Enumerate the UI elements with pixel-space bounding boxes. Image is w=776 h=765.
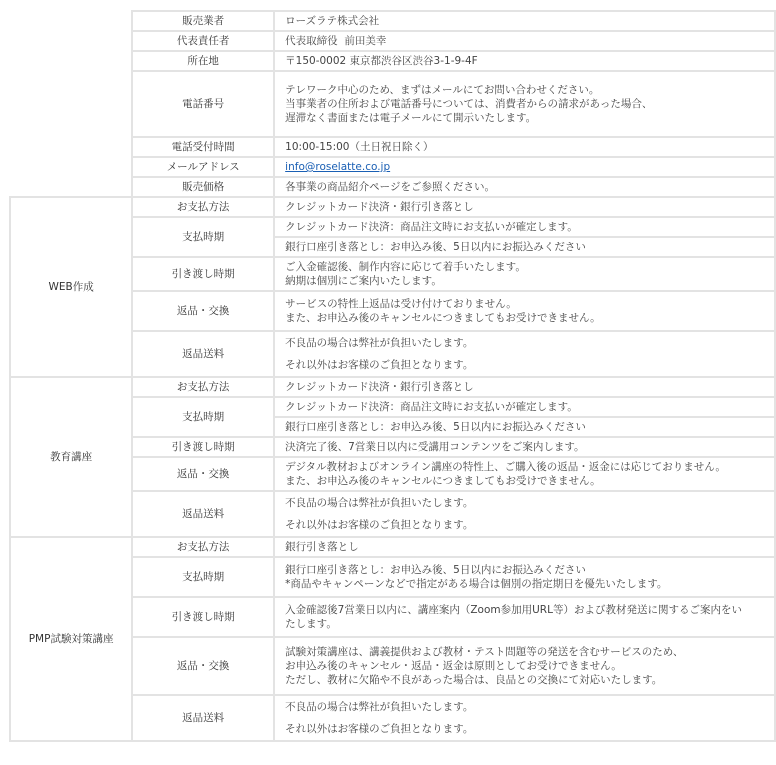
section-education: 教育講座 bbox=[10, 377, 132, 537]
value-payment-timing: 銀行口座引き落とし：お申込み後、5日以内にお振込みください *商品やキャンペーン… bbox=[274, 557, 775, 597]
label-return-shipping: 返品送料 bbox=[132, 491, 274, 537]
value-payment-method: 銀行引き落とし bbox=[274, 537, 775, 557]
value-delivery: 決済完了後、7営業日以内に受講用コンテンツをご案内します。 bbox=[274, 437, 775, 457]
label-phone: 電話番号 bbox=[132, 71, 274, 137]
email-link[interactable]: info@roselatte.co.jp bbox=[285, 161, 390, 173]
label-phone-hours: 電話受付時間 bbox=[132, 137, 274, 157]
value-email: info@roselatte.co.jp bbox=[274, 157, 775, 177]
label-payment-method: お支払方法 bbox=[132, 377, 274, 397]
value-payment-timing-bank: 銀行口座引き落とし：お申込み後、5日以内にお振込みください bbox=[274, 417, 775, 437]
label-return-shipping: 返品送料 bbox=[132, 331, 274, 377]
value-delivery: 入金確認後7営業日以内に、講座案内（Zoom参加用URL等）および教材発送に関す… bbox=[274, 597, 775, 637]
label-address: 所在地 bbox=[132, 51, 274, 71]
row-pmp-payment-method: PMP試験対策講座 お支払方法 銀行引き落とし bbox=[10, 537, 775, 557]
commerce-law-table-wrapper: 販売業者 ローズラテ株式会社 代表責任者 代表取締役 前田美幸 所在地 〒150… bbox=[9, 10, 776, 742]
label-delivery: 引き渡し時期 bbox=[132, 437, 274, 457]
value-price: 各事業の商品紹介ページをご参照ください。 bbox=[274, 177, 775, 197]
value-return-shipping: 不良品の場合は弊社が負担いたします。 それ以外はお客様のご負担となります。 bbox=[274, 491, 775, 537]
value-phone-hours: 10:00-15:00（土日祝日除く） bbox=[274, 137, 775, 157]
label-payment-method: お支払方法 bbox=[132, 197, 274, 217]
value-payment-timing-card: クレジットカード決済：商品注文時にお支払いが確定します。 bbox=[274, 397, 775, 417]
section-pmp: PMP試験対策講座 bbox=[10, 537, 132, 741]
label-payment-timing: 支払時期 bbox=[132, 217, 274, 257]
label-payment-timing: 支払時期 bbox=[132, 397, 274, 437]
label-payment-timing: 支払時期 bbox=[132, 557, 274, 597]
specified-commercial-transactions-table: 販売業者 ローズラテ株式会社 代表責任者 代表取締役 前田美幸 所在地 〒150… bbox=[9, 10, 776, 742]
value-payment-method: クレジットカード決済・銀行引き落とし bbox=[274, 377, 775, 397]
label-representative: 代表責任者 bbox=[132, 31, 274, 51]
label-return-shipping: 返品送料 bbox=[132, 695, 274, 741]
row-web-payment-method: WEB作成 お支払方法 クレジットカード決済・銀行引き落とし bbox=[10, 197, 775, 217]
value-delivery: ご入金確認後、制作内容に応じて着手いたします。 納期は個別にご案内いたします。 bbox=[274, 257, 775, 291]
label-returns: 返品・交換 bbox=[132, 637, 274, 695]
value-phone: テレワーク中心のため、まずはメールにてお問い合わせください。 当事業者の住所およ… bbox=[274, 71, 775, 137]
label-seller: 販売業者 bbox=[132, 11, 274, 31]
section-web: WEB作成 bbox=[10, 197, 132, 377]
value-seller: ローズラテ株式会社 bbox=[274, 11, 775, 31]
row-seller: 販売業者 ローズラテ株式会社 bbox=[10, 11, 775, 31]
value-return-shipping: 不良品の場合は弊社が負担いたします。 それ以外はお客様のご負担となります。 bbox=[274, 695, 775, 741]
label-returns: 返品・交換 bbox=[132, 291, 274, 331]
value-representative: 代表取締役 前田美幸 bbox=[274, 31, 775, 51]
value-return-shipping: 不良品の場合は弊社が負担いたします。 それ以外はお客様のご負担となります。 bbox=[274, 331, 775, 377]
label-delivery: 引き渡し時期 bbox=[132, 257, 274, 291]
label-email: メールアドレス bbox=[132, 157, 274, 177]
value-payment-timing-bank: 銀行口座引き落とし：お申込み後、5日以内にお振込みください bbox=[274, 237, 775, 257]
value-returns: 試験対策講座は、講義提供および教材・テスト問題等の発送を含むサービスのため、 お… bbox=[274, 637, 775, 695]
row-edu-payment-method: 教育講座 お支払方法 クレジットカード決済・銀行引き落とし bbox=[10, 377, 775, 397]
label-payment-method: お支払方法 bbox=[132, 537, 274, 557]
value-returns: サービスの特性上返品は受け付けておりません。 また、お申込み後のキャンセルにつき… bbox=[274, 291, 775, 331]
value-returns: デジタル教材およびオンライン講座の特性上、ご購入後の返品・返金には応じておりませ… bbox=[274, 457, 775, 491]
label-returns: 返品・交換 bbox=[132, 457, 274, 491]
value-address: 〒150-0002 東京都渋谷区渋谷3-1-9-4F bbox=[274, 51, 775, 71]
label-delivery: 引き渡し時期 bbox=[132, 597, 274, 637]
value-payment-method: クレジットカード決済・銀行引き落とし bbox=[274, 197, 775, 217]
value-payment-timing-card: クレジットカード決済：商品注文時にお支払いが確定します。 bbox=[274, 217, 775, 237]
label-price: 販売価格 bbox=[132, 177, 274, 197]
